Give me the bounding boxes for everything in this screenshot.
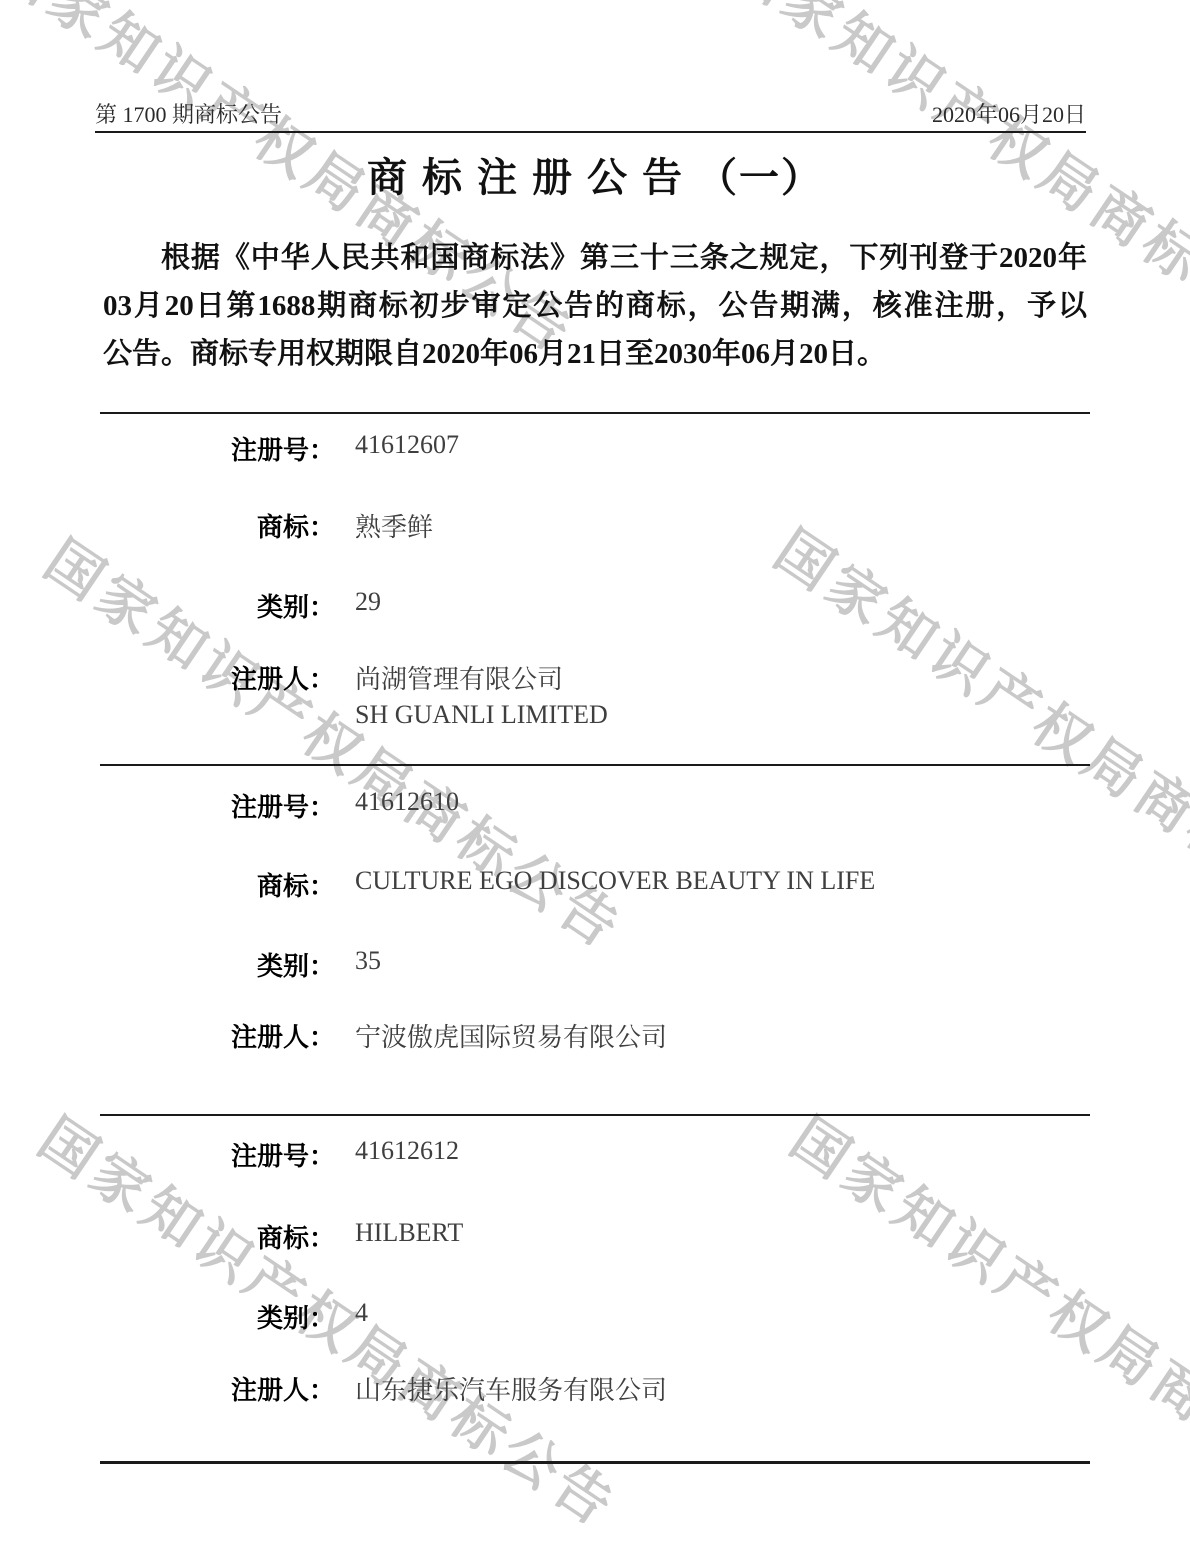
- field-row-class: 类别： 35: [0, 946, 1190, 982]
- field-value-class: 4: [355, 1298, 1100, 1328]
- field-value-trademark: 熟季鲜: [355, 507, 1100, 544]
- page-title-main: 商标注册公告: [367, 155, 697, 200]
- field-value-registrant: 山东捷乐汽车服务有限公司: [355, 1370, 1100, 1407]
- field-row-class: 类别： 4: [0, 1298, 1190, 1334]
- field-label-registrant: 注册人：: [105, 1370, 335, 1407]
- field-label-reg-no: 注册号：: [105, 430, 335, 467]
- field-label-class: 类别：: [105, 946, 335, 983]
- field-value-registrant: 尚湖管理有限公司: [355, 659, 1100, 696]
- page-title: 商标注册公告（一）: [0, 146, 1190, 203]
- field-row-trademark: 商标： 熟季鲜: [0, 507, 1190, 543]
- field-value-reg-no: 41612607: [355, 430, 1100, 460]
- field-label-reg-no: 注册号：: [105, 1136, 335, 1173]
- closing-rule: [100, 1461, 1090, 1464]
- field-value-trademark: HILBERT: [355, 1218, 1100, 1248]
- field-label-class: 类别：: [105, 1298, 335, 1335]
- field-row-trademark: 商标： CULTURE EGO DISCOVER BEAUTY IN LIFE: [0, 866, 1190, 902]
- page-title-suffix: （一）: [697, 155, 823, 200]
- field-label-trademark: 商标：: [105, 866, 335, 903]
- field-row-registrant: 注册人： 山东捷乐汽车服务有限公司: [0, 1370, 1190, 1406]
- field-label-trademark: 商标：: [105, 507, 335, 544]
- record-divider: [100, 764, 1090, 766]
- field-row-reg-no: 注册号： 41612607: [0, 430, 1190, 466]
- field-label-registrant: 注册人：: [105, 1017, 335, 1054]
- field-label-registrant: 注册人：: [105, 659, 335, 696]
- field-row-registrant: 注册人： 宁波傲虎国际贸易有限公司: [0, 1017, 1190, 1053]
- field-row-class: 类别： 29: [0, 587, 1190, 623]
- gazette-page: 国家知识产权局商标公告 国家知识产权局商标公告 国家知识产权局商标公告 国家知识…: [0, 0, 1190, 1564]
- record-divider: [100, 1114, 1090, 1116]
- field-value-reg-no: 41612610: [355, 787, 1100, 817]
- field-value-class: 35: [355, 946, 1100, 976]
- field-row-reg-no: 注册号： 41612610: [0, 787, 1190, 823]
- intro-line: 公告。商标专用权期限自2020年06月21日至2030年06月20日。: [103, 330, 1087, 378]
- intro-line: 根据《中华人民共和国商标法》第三十三条之规定，下列刊登于2020年: [103, 234, 1087, 282]
- field-value-trademark: CULTURE EGO DISCOVER BEAUTY IN LIFE: [355, 866, 1100, 896]
- header-rule: [95, 131, 1086, 133]
- field-label-trademark: 商标：: [105, 1218, 335, 1255]
- record-divider: [100, 412, 1090, 414]
- field-value-registrant: 宁波傲虎国际贸易有限公司: [355, 1017, 1100, 1054]
- field-label-reg-no: 注册号：: [105, 787, 335, 824]
- field-value-class: 29: [355, 587, 1100, 617]
- gazette-issue-label: 第 1700 期商标公告: [95, 98, 282, 129]
- field-row-trademark: 商标： HILBERT: [0, 1218, 1190, 1254]
- intro-paragraph: 根据《中华人民共和国商标法》第三十三条之规定，下列刊登于2020年 03月20日…: [103, 234, 1087, 378]
- field-value-reg-no: 41612612: [355, 1136, 1100, 1166]
- field-row-registrant: 注册人： 尚湖管理有限公司: [0, 659, 1190, 695]
- field-label-class: 类别：: [105, 587, 335, 624]
- field-row-reg-no: 注册号： 41612612: [0, 1136, 1190, 1172]
- field-value-registrant-en: SH GUANLI LIMITED: [355, 700, 1100, 730]
- intro-line: 03月20日第1688期商标初步审定公告的商标，公告期满，核准注册，予以: [103, 282, 1087, 330]
- field-row-registrant-en: SH GUANLI LIMITED: [0, 700, 1190, 736]
- gazette-date: 2020年06月20日: [932, 98, 1086, 129]
